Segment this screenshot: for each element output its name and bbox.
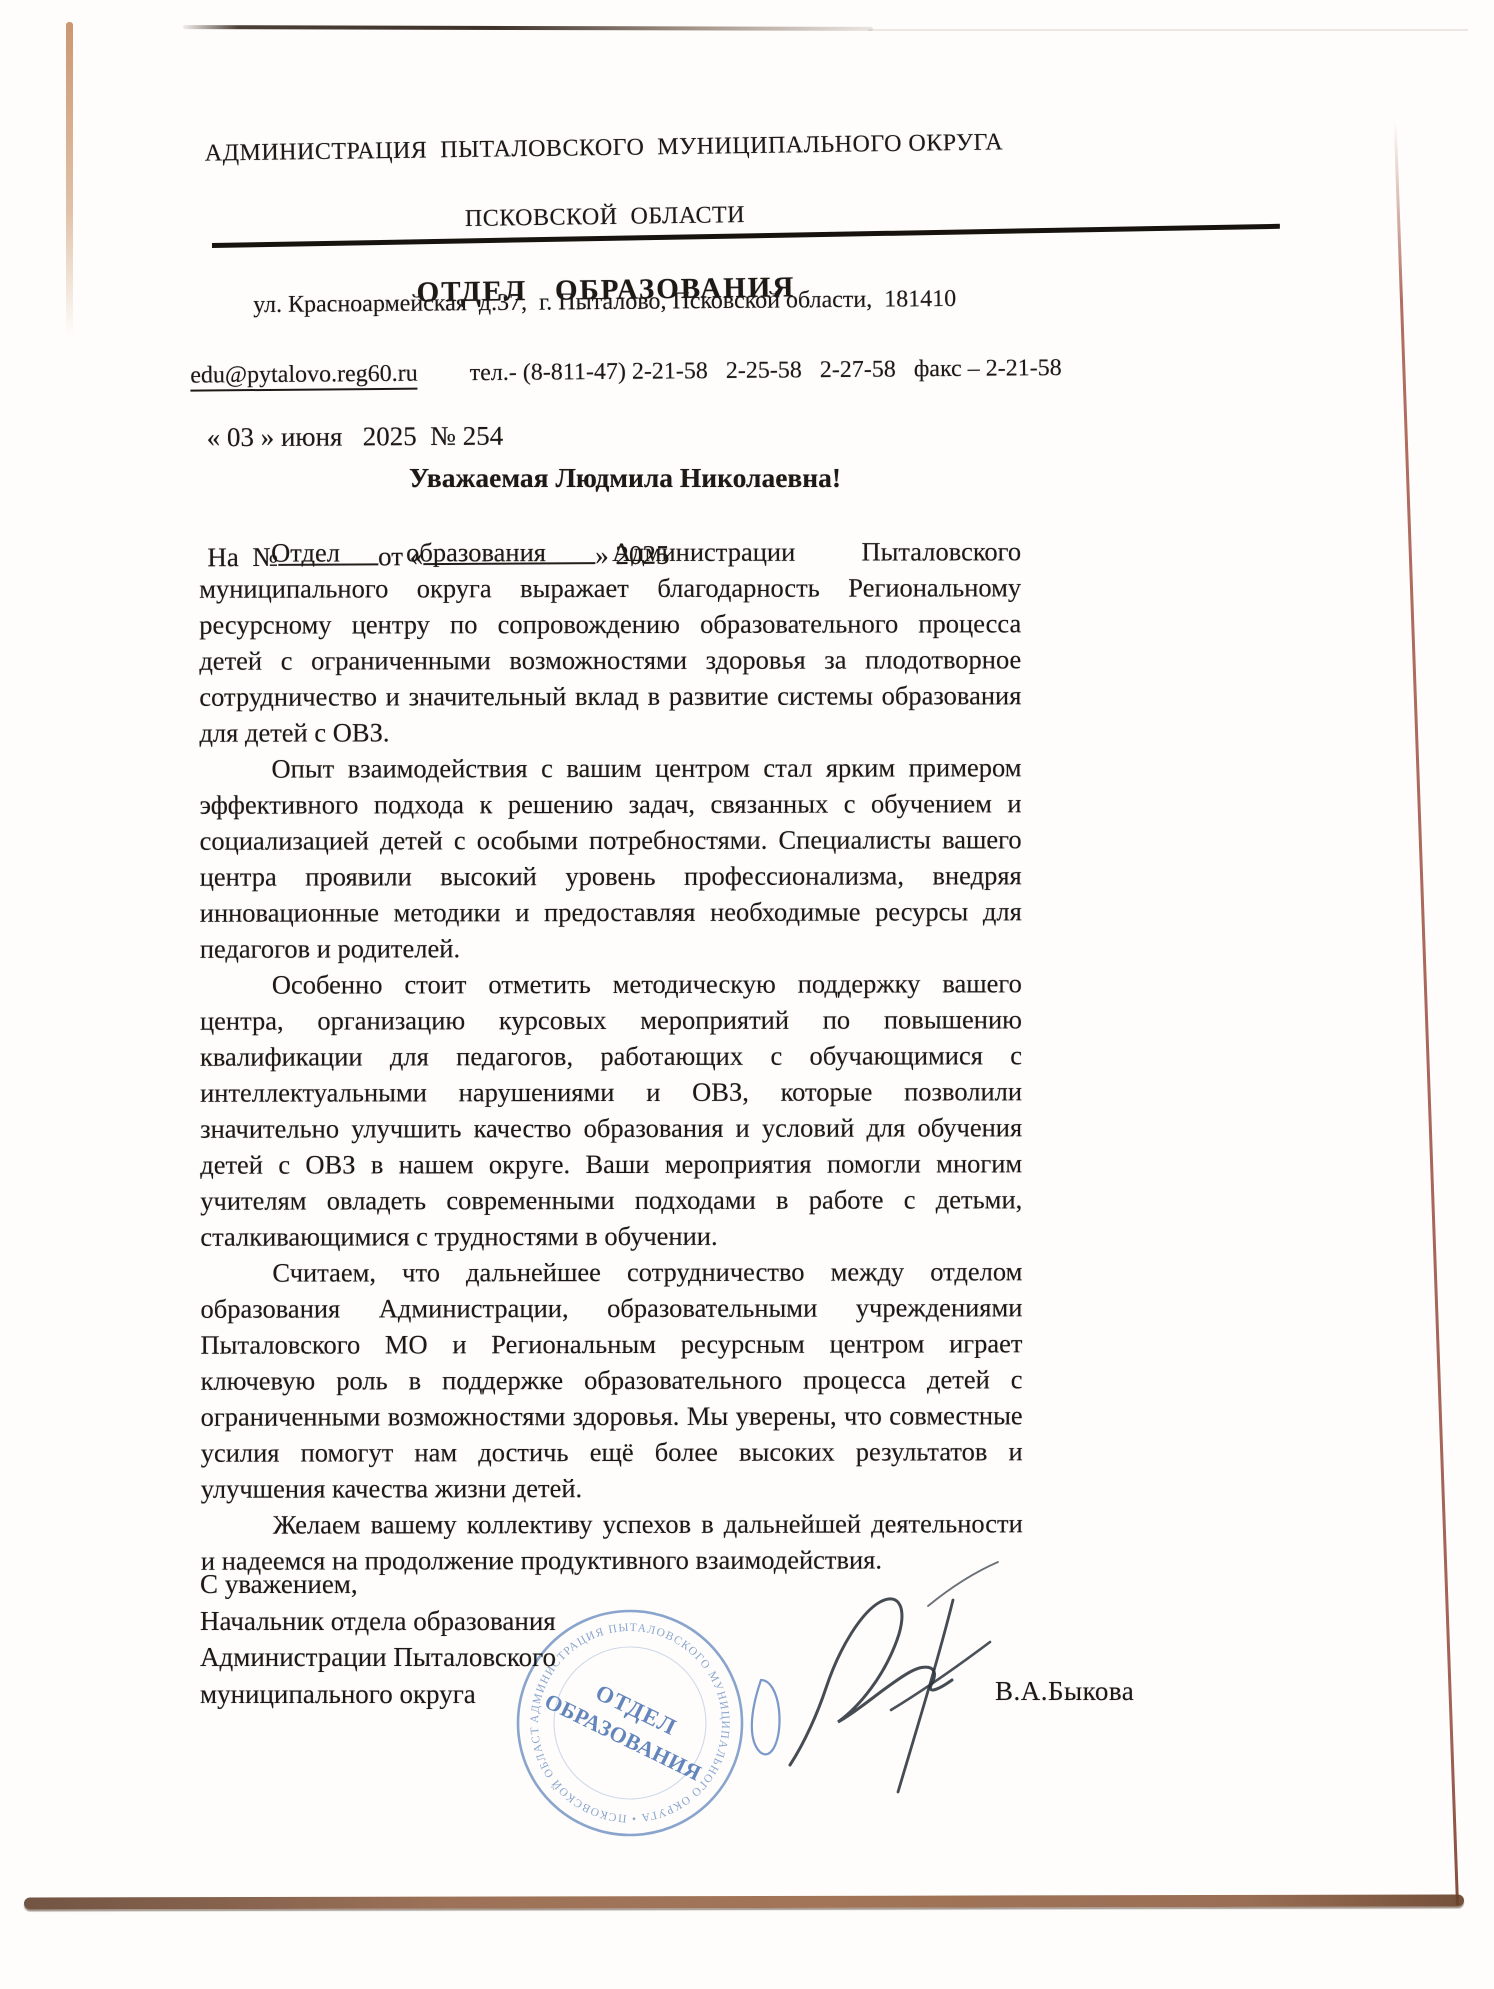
closing-block: С уважением, Начальник отдела образовани… (200, 1566, 556, 1712)
stamp-center-line2: ОБРАЗОВАНИЯ (541, 1688, 706, 1785)
closing-regards: С уважением, (200, 1566, 556, 1603)
scan-right-page-edge (1394, 121, 1459, 1905)
signature-cross-stroke (891, 1642, 990, 1710)
signer-position-line: муниципального округа (200, 1676, 556, 1713)
stamp-center-line1: ОТДЕЛ (592, 1680, 681, 1741)
body-paragraph: Считаем, что дальнейшее сотрудничество м… (200, 1253, 1022, 1506)
scan-bottom-page-edge (24, 1894, 1464, 1909)
scan-top-edge-smudge (183, 25, 873, 31)
stamp-inner-circle (554, 1647, 706, 1799)
handwritten-signature (752, 1562, 998, 1792)
scan-top-edge-faint (868, 29, 1468, 31)
body-paragraph: Отдел образования Администрации Пыталовс… (199, 533, 1021, 750)
signature-long-slash (898, 1600, 953, 1792)
signature-main-loops (790, 1599, 952, 1765)
letter-body: Отдел образования Администрации Пыталовс… (199, 533, 1023, 1578)
signer-position-line: Администрации Пыталовского (200, 1639, 556, 1676)
org-name-line1: АДМИНИСТРАЦИЯ ПЫТАЛОВСКОГО МУНИЦИПАЛЬНОГ… (189, 126, 1019, 171)
scan-left-page-edge (66, 22, 73, 337)
postal-address: ул. Красноармейская д.37, г. Пыталово, П… (190, 282, 1020, 322)
outgoing-date-number: « 03 » июня 2025 № 254 (207, 415, 669, 457)
salutation: Уважаемая Людмила Николаевна! (210, 462, 1040, 494)
signature-blue-loop (752, 1680, 780, 1754)
body-paragraph: Опыт взаимодействия с вашим центром стал… (199, 749, 1021, 966)
scanned-letter-page: АДМИНИСТРАЦИЯ ПЫТАЛОВСКОГО МУНИЦИПАЛЬНОГ… (0, 0, 1494, 1989)
signer-position-line: Начальник отдела образования (200, 1603, 556, 1640)
body-paragraph: Особенно стоит отметить методическую под… (200, 965, 1023, 1254)
signer-name: В.А.Быкова (995, 1676, 1134, 1707)
